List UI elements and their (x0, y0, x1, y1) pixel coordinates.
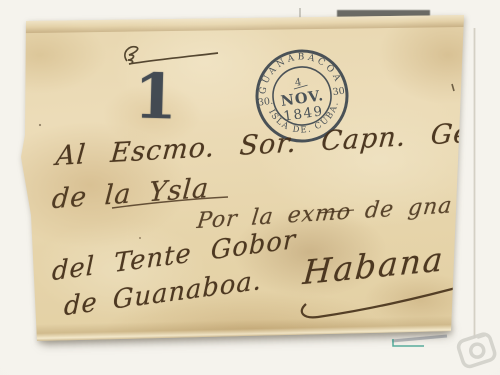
datestamp-left-number: 30. (257, 96, 273, 109)
datestamp-right-number: 30 (332, 86, 346, 99)
camera-watermark-icon (452, 324, 500, 375)
camera-lens (469, 342, 485, 358)
camera-body (457, 332, 497, 368)
camera-flash (477, 335, 485, 337)
folded-letter: GUANABACOA ISLA DE. CUBA. 30. 30 4 NOV. … (0, 0, 500, 375)
letter-paper: GUANABACOA ISLA DE. CUBA. 30. 30 4 NOV. … (0, 0, 500, 375)
ink-speck (452, 84, 454, 91)
photo-stage: GUANABACOA ISLA DE. CUBA. 30. 30 4 NOV. … (0, 0, 500, 375)
ink-speck (139, 237, 141, 239)
rate-handstamp-1: 1 (133, 65, 178, 128)
ink-speck (39, 124, 41, 126)
